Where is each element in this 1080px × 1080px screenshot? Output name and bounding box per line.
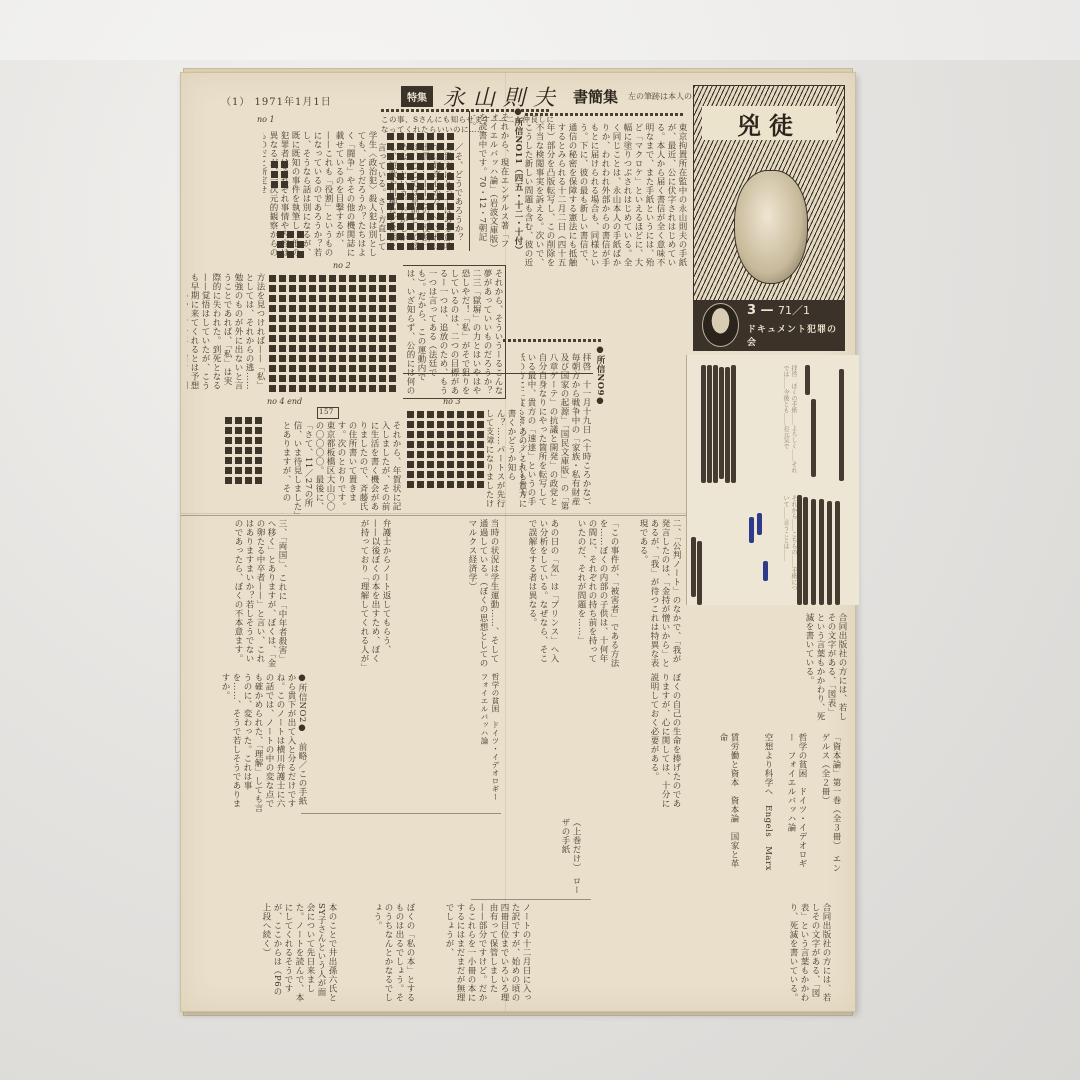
marker-redaction	[713, 365, 718, 483]
section-divider	[181, 515, 686, 516]
page-title: 書簡集	[573, 86, 618, 107]
background-fabric-highlight	[0, 0, 1080, 60]
column-no2: 方法を見つければ——「私」としては、それからの逃……勉強のものが外に出ないと言う…	[187, 273, 265, 391]
dateline: （1） 1971年1月1日	[221, 93, 332, 108]
lower-column: 二、「公判ノート」のなかで、「我が発言したのは、「金持が憎いから」とあるが、「我…	[621, 519, 681, 669]
organization-name: ドキュメント犯罪の会	[747, 322, 844, 348]
book-list: 哲学の貧困 ドイツ・イデオロギー フォイエルバッハ論	[777, 733, 807, 873]
handwriting-area-1: 拝啓 ぼくの手紙……よろしく……それでは……今後とも……お元気で	[727, 365, 797, 475]
redaction-grid-no3	[407, 411, 484, 488]
marker-redaction	[839, 369, 844, 481]
issue-info: 3 — 71／1	[747, 302, 844, 318]
letter-divider	[471, 899, 591, 900]
letter-9-heading: ●所信NO9●	[593, 345, 605, 425]
handwriting-area-2: それから……こちらの……手紙について……言うことは……	[727, 495, 797, 595]
redaction-grid-top	[387, 133, 454, 250]
feature-badge: 特集	[401, 86, 433, 107]
letter-box-middle	[403, 265, 506, 399]
lower-column: 弁護士からノート返してもらう、——以後ぼくの本を出すため、ぼくが持っており「理解…	[291, 519, 391, 669]
marker-redaction	[691, 537, 696, 597]
pasted-handwritten-letter: 拝啓 ぼくの手紙……よろしく……それでは……今後とも……お元気で それから……こ…	[686, 355, 859, 605]
lower-column: 「この事件が、「被害者」である方法を……ぼくの内部の子供は、十何年の間に、それぞ…	[561, 519, 619, 669]
marker-redaction	[805, 365, 810, 395]
book-list-notes: 哲学の貧困 ドイツ・イデオロギー フォイエルバッハ論	[480, 673, 500, 809]
blue-marker-redaction	[757, 513, 762, 535]
marker-redaction	[811, 399, 816, 477]
book-list: 「資本論」第一巻（全３冊） エンゲルス（全２冊）	[811, 733, 841, 873]
letter-11-heading: ●所信NO11（四五・十二・十付）●	[511, 107, 523, 257]
book-list: 空想より科学へ Engels Marx	[743, 733, 773, 873]
lower-column-continues: 本のことで井出孫六氏とSY子さんという人が面会について先日来ました。ノートを読ん…	[187, 903, 337, 1003]
marker-redaction	[719, 367, 724, 479]
book-list: 哲学の貧困 ドイツ・イデオロギー フォイエルバッハ論	[311, 673, 501, 813]
marker-redaction	[827, 501, 832, 605]
portrait-photo	[702, 303, 739, 347]
lower-column: 合同出版社の方には、若しその文字がある、「図表」という言葉もかかわり、死滅を書い…	[541, 903, 831, 1003]
marker-redaction	[819, 499, 824, 605]
lower-column: ぼくの「私の本」とするものは出るでしょう。そのうちなんとかなるでしょう。	[345, 903, 415, 1003]
section-label-no1: no 1	[257, 115, 275, 124]
letter-11-body: それから、現在エンゲルス著「フォイエルバッハ論」（岩波文庫版）を読書中です。70…	[473, 113, 509, 251]
marker-redaction	[835, 501, 840, 605]
intro-column: 東京拘置所在監中の永山則夫の手紙が、最近、公に伏字されはじめている。本人から届く…	[525, 123, 687, 273]
author-signature: 永山則夫	[443, 81, 563, 112]
redaction-bar-top	[381, 109, 551, 112]
lower-column: あの日の「気」は「プリンス」へ入い分析をしている。なぜなら、そこで誤解をする者は…	[501, 519, 559, 669]
intro-rule	[525, 113, 685, 116]
book-list: 賃労働と資本 資本論 国家と革命	[701, 733, 739, 873]
issue-footer: 3 — 71／1 ドキュメント犯罪の会	[694, 300, 844, 350]
section-label-no3: no 3	[443, 397, 461, 406]
lower-column: ぼくの自己の生命を捧げたのでありますが、心に関しては、十分に説明しておく必要があ…	[511, 673, 681, 813]
section-label-no2: no 2	[333, 261, 351, 270]
lower-column: ●所信NO2● 前略／この手紙から貴下が出て入と分るだけですね。このノートは横川…	[187, 673, 307, 813]
letter-9-body: 拝啓 十一月十九日（十時ころかな）、毎朝方から戦争中の「家族・私有財産及び国家の…	[521, 353, 591, 513]
lower-column: 合同出版社の方には、若しその文字がある、「図表」という言葉もかかわり、死滅を書い…	[687, 613, 847, 723]
book-list: （上巻だけ） ローザの手紙	[521, 818, 581, 898]
redaction-grid-no4	[225, 417, 262, 484]
marker-redaction	[707, 365, 712, 483]
issue-number: 3	[747, 303, 756, 318]
lower-column-text: 合同出版社の方には、若しその文字がある、「図表」という言葉もかかわり、死滅を書い…	[788, 903, 831, 1002]
marker-redaction	[811, 499, 816, 605]
blue-marker-redaction	[749, 517, 754, 543]
lower-column: 三、「両国」、これに「中年者殺害」へ移く」とありますが、ぼくは、「金の卵たる中卒…	[187, 519, 287, 669]
redaction-block-no1b	[277, 231, 304, 258]
marker-redaction	[797, 495, 802, 605]
hanging-bundle-icon	[734, 170, 808, 284]
marker-redaction	[725, 367, 730, 483]
page-header: 特集 永山則夫 書簡集 左の筆跡は本人の署名から	[401, 81, 724, 112]
page-ref-number: 157	[319, 407, 337, 417]
lower-column: ノートの十二月日に入った訳ですが、始めの頃の四冊目位までいろいろ理由有って保管し…	[421, 903, 531, 1003]
redaction-block-no1	[271, 161, 288, 188]
newspaper-page: （1） 1971年1月1日 特集 永山則夫 書簡集 左の筆跡は本人の署名から こ…	[180, 72, 856, 1012]
marker-redaction	[803, 497, 808, 605]
letter-9-rule	[503, 339, 603, 342]
redaction-grid-no2	[269, 275, 396, 392]
letter-divider	[301, 813, 501, 814]
marker-redaction	[701, 365, 706, 483]
marker-redaction	[731, 365, 736, 483]
issue-date: 71／1	[778, 304, 810, 317]
column-157: それから、年賀状に記入しましたが、その前に生活を書く機会がありましたので、斉藤氏…	[281, 421, 401, 517]
lower-column: 当時の状況は学生運動……、そして通過している。（ぼくの思想としてのマルクス経済学…	[395, 519, 499, 669]
illustration-title: 兇徒	[702, 106, 836, 140]
title-illustration: 兇徒 3 — 71／1 ドキュメント犯罪の会	[693, 85, 845, 351]
marker-redaction	[697, 541, 702, 605]
section-label-no4-end: no 4 end	[267, 397, 302, 406]
blue-marker-redaction	[763, 561, 768, 581]
